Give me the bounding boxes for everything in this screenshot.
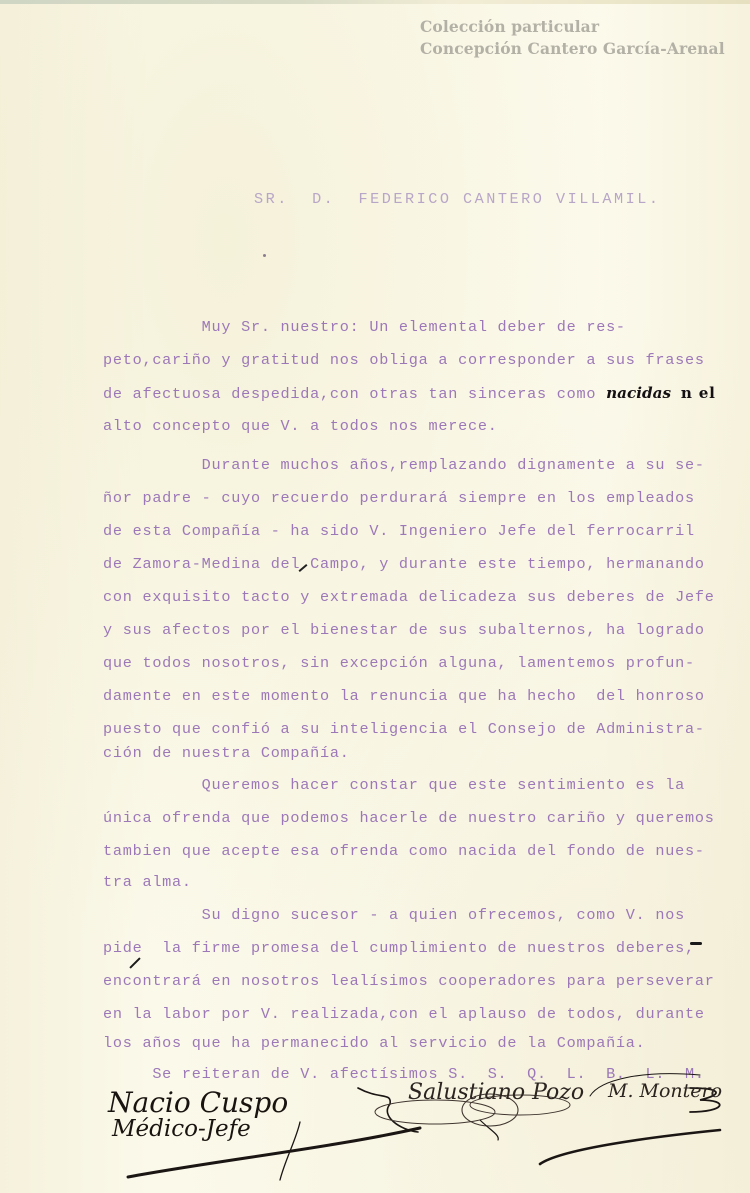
letter-line: que todos nosotros, sin excepción alguna… [103, 654, 695, 672]
handwritten-correction: nacidas [606, 384, 671, 402]
letter-line: con exquisito tacto y extremada delicade… [103, 588, 715, 606]
letter-line: pide la firme promesa del cumplimiento d… [103, 939, 695, 957]
letter-line: ción de nuestra Compañía. [103, 744, 350, 762]
scan-top-edge [0, 0, 750, 4]
letter-line: peto,cariño y gratitud nos obliga a corr… [103, 351, 705, 369]
letter-line: tra alma. [103, 873, 192, 891]
letter-line: alto concepto que V. a todos nos merece. [103, 417, 498, 435]
letter-line: Su digno sucesor - a quien ofrecemos, co… [103, 906, 685, 924]
letter-line: y sus afectos por el bienestar de sus su… [103, 621, 705, 639]
signature-3-name: M. Montero [608, 1080, 722, 1102]
signature-1-name: Nacio Cuspo [108, 1086, 288, 1119]
letter-line: en la labor por V. realizada,con el apla… [103, 1005, 705, 1023]
collection-watermark: Colección particular Concepción Cantero … [420, 16, 725, 60]
letter-line: única ofrenda que podemos hacerle de nue… [103, 809, 715, 827]
letter-line: tambien que acepte esa ofrenda como naci… [103, 842, 705, 860]
handwritten-correction-2: n el [681, 384, 716, 402]
letter-line: damente en este momento la renuncia que … [103, 687, 705, 705]
letter-line-text: de afectuosa despedida,con otras tan sin… [103, 385, 606, 403]
addressee-line: SR. D. FEDERICO CANTERO VILLAMIL. [254, 190, 661, 208]
letter-line: puesto que confió a su inteligencia el C… [103, 720, 705, 738]
signature-1-title: Médico-Jefe [112, 1116, 251, 1142]
ink-dash-mark [690, 942, 702, 945]
letter-line: de esta Compañía - ha sido V. Ingeniero … [103, 522, 695, 540]
letter-line: Queremos hacer constar que este sentimie… [103, 776, 685, 794]
letter-line: los años que ha permanecido al servicio … [103, 1034, 646, 1052]
ink-slash-mark [129, 957, 140, 968]
letter-line: de Zamora-Medina del Campo, y durante es… [103, 555, 705, 573]
letter-line: encontrará en nosotros lealísimos cooper… [103, 972, 715, 990]
watermark-line-1: Colección particular [420, 16, 725, 38]
ink-speck [263, 254, 266, 257]
letter-line: de afectuosa despedida,con otras tan sin… [103, 384, 716, 403]
letter-line: Durante muchos años,remplazando dignamen… [103, 456, 705, 474]
signature-2-name: Salustiano Pozo [408, 1080, 584, 1105]
letter-line: Muy Sr. nuestro: Un elemental deber de r… [103, 318, 626, 336]
watermark-line-2: Concepción Cantero García-Arenal [420, 38, 725, 60]
letter-line: ñor padre - cuyo recuerdo perdurará siem… [103, 489, 695, 507]
